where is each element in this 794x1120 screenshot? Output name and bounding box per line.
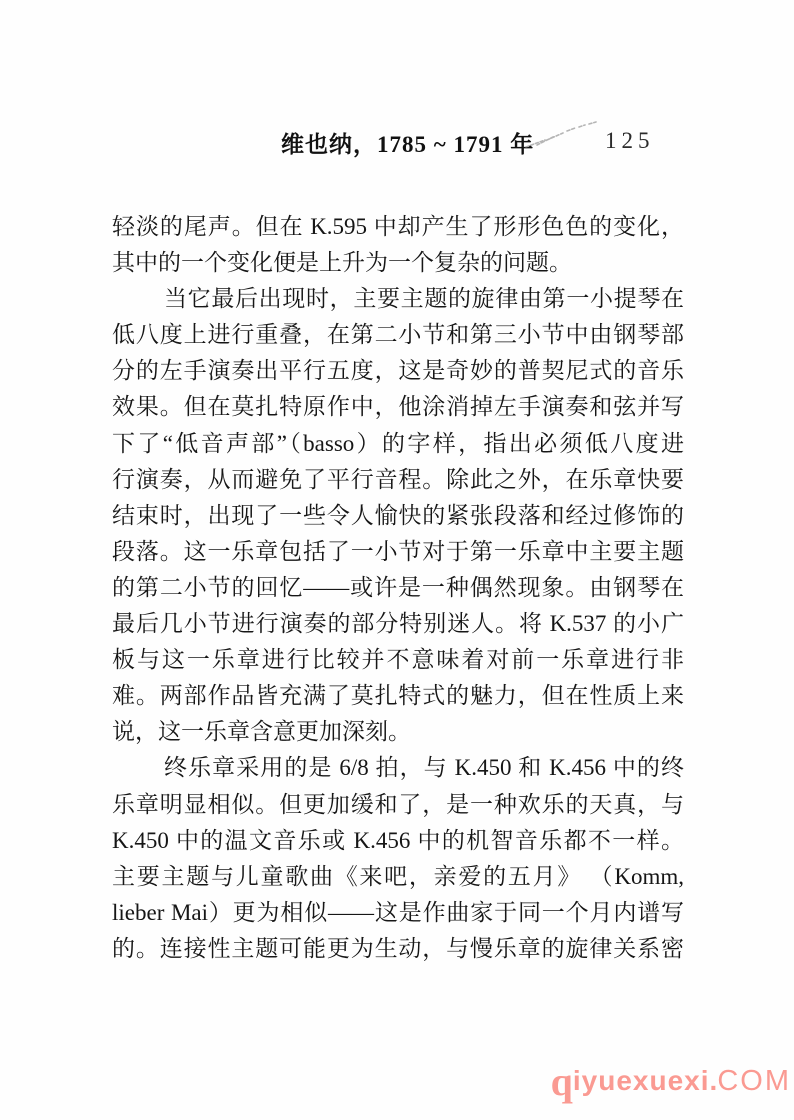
text-line: 当它最后出现时，主要主题的旋律由第一小提琴在: [112, 281, 684, 317]
site-watermark: qiyuexuexi.COM: [551, 1058, 791, 1105]
pencil-scribble-icon: [523, 118, 601, 154]
text-line: K.450 中的温文音乐或 K.456 中的机智音乐都不一样。: [112, 823, 684, 859]
text-line: 低八度上进行重叠，在第二小节和第三小节中由钢琴部: [112, 317, 684, 353]
text-line: 结束时，出现了一些令人愉快的紧张段落和经过修饰的: [112, 498, 684, 534]
watermark-tld: COM: [717, 1065, 791, 1097]
text-line: 段落。这一乐章包括了一小节对于第一乐章中主要主题: [112, 534, 684, 570]
text-line: 下了“低音声部”（basso）的字样，指出必须低八度进: [112, 426, 684, 462]
running-title: 维也纳，1785 ~ 1791 年: [281, 126, 534, 159]
text-line: 乐章明显相似。但更加缓和了，是一种欢乐的天真，与: [112, 787, 684, 823]
text-line: lieber Mai）更为相似——这是作曲家于同一个月内谱写: [112, 895, 684, 931]
body-text: 轻淡的尾声。但在 K.595 中却产生了形形色色的变化， 其中的一个变化便是上升…: [112, 209, 684, 967]
text-line: 最后几小节进行演奏的部分特别迷人。将 K.537 的小广: [112, 606, 684, 642]
page-header: 维也纳，1785 ~ 1791 年 125: [0, 126, 794, 160]
watermark-name: iyuexuexi: [573, 1065, 710, 1096]
text-line: 的第二小节的回忆——或许是一种偶然现象。由钢琴在: [112, 570, 684, 606]
watermark-initial: q: [551, 1059, 573, 1104]
text-line: 分的左手演奏出平行五度，这是奇妙的普契尼式的音乐: [112, 353, 684, 389]
text-line: 主要主题与儿童歌曲《来吧，亲爱的五月》 （Komm,: [112, 859, 684, 895]
text-line: 难。两部作品皆充满了莫扎特式的魅力，但在性质上来: [112, 678, 684, 714]
text-line: 的。连接性主题可能更为生动，与慢乐章的旋律关系密: [112, 931, 684, 967]
text-line: 效果。但在莫扎特原作中，他涂消掉左手演奏和弦并写: [112, 389, 684, 425]
text-line: 终乐章采用的是 6/8 拍，与 K.450 和 K.456 中的终: [112, 750, 684, 786]
text-line: 行演奏，从而避免了平行音程。除此之外，在乐章快要: [112, 462, 684, 498]
text-line: 其中的一个变化便是上升为一个复杂的问题。: [112, 245, 684, 281]
text-line: 板与这一乐章进行比较并不意味着对前一乐章进行非: [112, 642, 684, 678]
book-page: 维也纳，1785 ~ 1791 年 125 轻淡的尾声。但在 K.595 中却产…: [0, 0, 794, 1120]
text-line: 说，这一乐章含意更加深刻。: [112, 714, 684, 750]
page-number: 125: [605, 128, 655, 154]
text-line: 轻淡的尾声。但在 K.595 中却产生了形形色色的变化，: [112, 209, 684, 245]
